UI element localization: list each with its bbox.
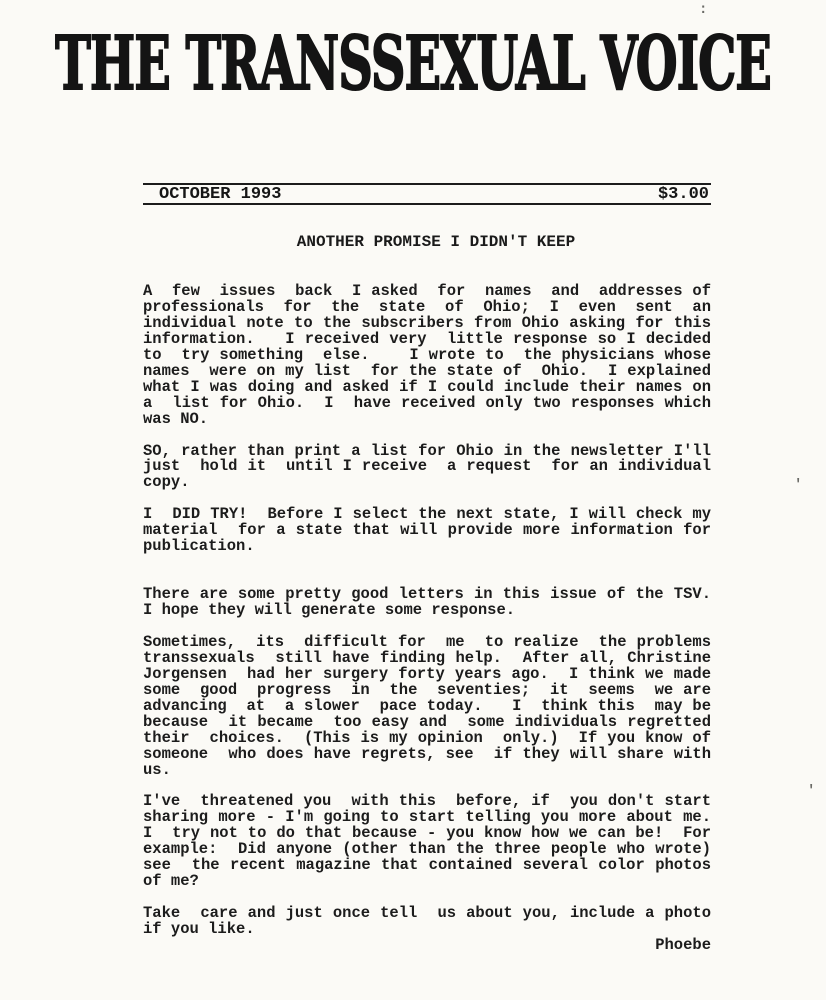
article-line: of me? [143,874,711,890]
issue-price: $3.00 [658,186,709,203]
scan-artifact: ' [807,783,815,799]
issue-info-bar: OCTOBER 1993 $3.00 [143,183,711,205]
paragraph: I've threatened you with this before, if… [143,794,711,890]
article-headline: ANOTHER PROMISE I DIDN'T KEEP [152,234,720,250]
article-line: just hold it until I receive a request f… [143,459,711,475]
article-line: if you like. [143,922,711,938]
article-line: copy. [143,475,711,491]
newsletter-page: THE TRANSSEXUAL VOICE OCTOBER 1993 $3.00… [0,0,826,1000]
scan-artifact: : [699,2,707,18]
article-line: see the recent magazine that contained s… [143,858,711,874]
article-line: publication. [143,539,711,555]
article-line: was NO. [143,412,711,428]
paragraph: SO, rather than print a list for Ohio in… [143,444,711,492]
paragraph: Sometimes, its difficult for me to reali… [143,635,711,779]
issue-date: OCTOBER 1993 [159,186,281,203]
paragraph: A few issues back I asked for names and … [143,284,711,428]
article-line: a list for Ohio. I have received only tw… [143,396,711,412]
article-line: I hope they will generate some response. [143,603,711,619]
masthead-title: THE TRANSSEXUAL VOICE [0,27,826,101]
scan-artifact: ' [794,477,802,493]
article-line: someone who does have regrets, see if th… [143,747,711,763]
paragraph: There are some pretty good letters in th… [143,587,711,619]
article-body: A few issues back I asked for names and … [143,284,711,954]
paragraph: Take care and just once tell us about yo… [143,906,711,938]
signature: Phoebe [143,938,711,954]
paragraph: I DID TRY! Before I select the next stat… [143,507,711,555]
article-line: us. [143,763,711,779]
